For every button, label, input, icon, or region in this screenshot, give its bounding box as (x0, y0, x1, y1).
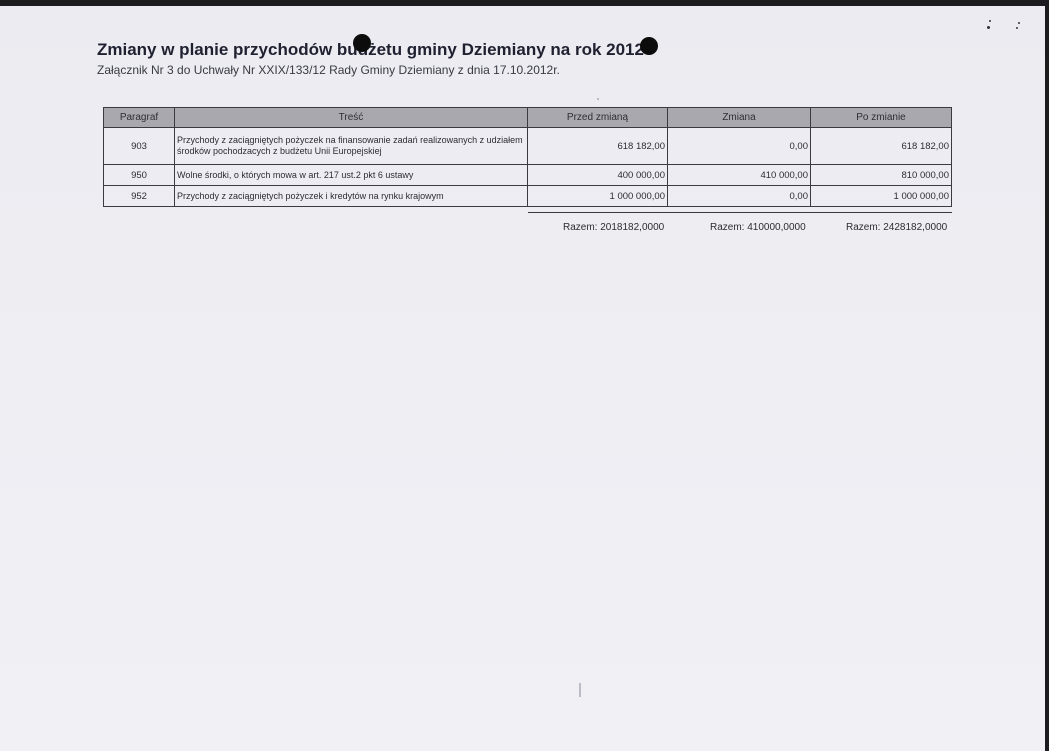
table-header-row: Paragraf Treść Przed zmianą Zmiana Po zm… (104, 108, 952, 128)
header-paragraf: Paragraf (104, 108, 175, 128)
cell-po-zmianie: 1 000 000,00 (811, 186, 952, 207)
scan-edge-right (1045, 0, 1049, 751)
cell-przed-zmiana: 618 182,00 (528, 128, 668, 165)
cell-przed-zmiana: 400 000,00 (528, 165, 668, 186)
cell-po-zmianie: 810 000,00 (811, 165, 952, 186)
cell-po-zmianie: 618 182,00 (811, 128, 952, 165)
cell-paragraf: 952 (104, 186, 175, 207)
table-row: 903 Przychody z zaciągniętych pożyczek n… (104, 128, 952, 165)
totals-divider (528, 212, 952, 213)
cell-tresc: Przychody z zaciągniętych pożyczek na fi… (175, 128, 528, 165)
punch-hole-icon (353, 34, 371, 52)
cell-tresc: Przychody z zaciągniętych pożyczek i kre… (175, 186, 528, 207)
table-row: 952 Przychody z zaciągniętych pożyczek i… (104, 186, 952, 207)
header-tresc: Treść (175, 108, 528, 128)
cell-paragraf: 903 (104, 128, 175, 165)
total-przed-zmiana: Razem: 2018182,0000 (563, 222, 664, 233)
cell-zmiana: 410 000,00 (668, 165, 811, 186)
punch-hole-icon (640, 37, 658, 55)
cell-zmiana: 0,00 (668, 186, 811, 207)
header-zmiana: Zmiana (668, 108, 811, 128)
scan-specks (985, 18, 1025, 34)
header-przed-zmiana: Przed zmianą (528, 108, 668, 128)
cell-tresc: Wolne środki, o których mowa w art. 217 … (175, 165, 528, 186)
header-po-zmianie: Po zmianie (811, 108, 952, 128)
total-po-zmianie: Razem: 2428182,0000 (846, 222, 947, 233)
total-zmiana: Razem: 410000,0000 (710, 222, 806, 233)
revenue-changes-table: Paragraf Treść Przed zmianą Zmiana Po zm… (103, 107, 952, 207)
table-row: 950 Wolne środki, o których mowa w art. … (104, 165, 952, 186)
scan-artifact (597, 98, 599, 100)
scan-artifact (579, 683, 581, 697)
cell-paragraf: 950 (104, 165, 175, 186)
cell-zmiana: 0,00 (668, 128, 811, 165)
cell-przed-zmiana: 1 000 000,00 (528, 186, 668, 207)
document-subtitle: Załącznik Nr 3 do Uchwały Nr XXIX/133/12… (97, 63, 560, 77)
